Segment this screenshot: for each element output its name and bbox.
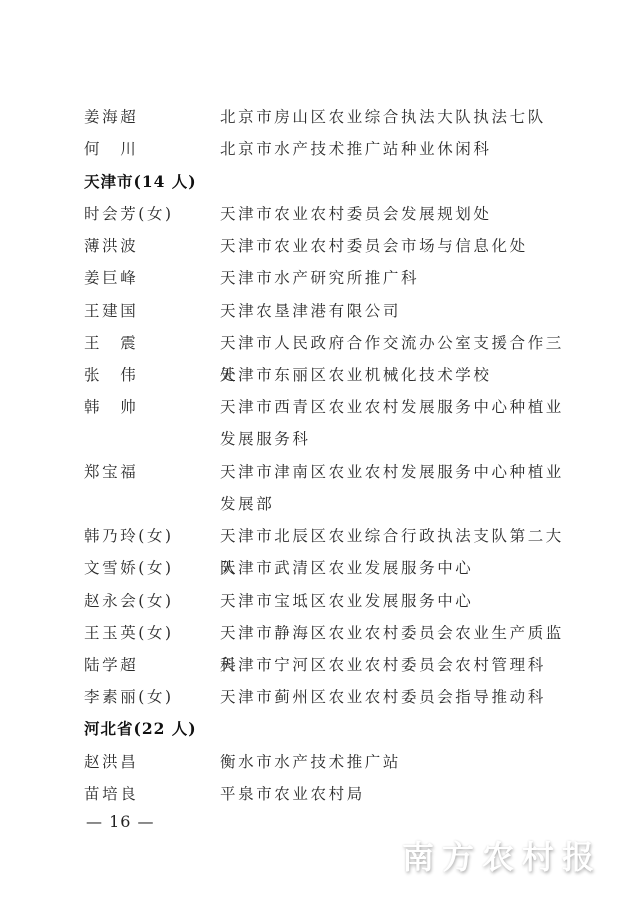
- page-number: — 16 —: [86, 812, 155, 831]
- person-name: 王玉英(女): [84, 617, 174, 649]
- department: 天津市西青区农业农村发展服务中心种植业发展服务科: [220, 391, 565, 456]
- person-name: 文雪娇(女): [84, 552, 174, 584]
- document-page: 姜海超 北京市房山区农业综合执法大队执法七队 何 川 北京市水产技术推广站种业休…: [0, 0, 640, 905]
- department: 平泉市农业农村局: [220, 778, 565, 810]
- person-name: 赵永会(女): [84, 585, 174, 617]
- department: 天津市蓟州区农业农村委员会指导推动科: [220, 681, 565, 713]
- person-name: 李素丽(女): [84, 681, 174, 713]
- watermark-logo: 南方农村报: [402, 832, 602, 878]
- department: 衡水市水产技术推广站: [220, 746, 565, 778]
- department: 天津市农业农村委员会发展规划处: [220, 198, 565, 230]
- department: 天津市武清区农业发展服务中心: [220, 552, 565, 584]
- person-name: 郑宝福: [84, 456, 138, 488]
- person-name: 韩乃玲(女): [84, 520, 174, 552]
- person-name: 时会芳(女): [84, 198, 174, 230]
- person-name: 王 震: [84, 327, 138, 359]
- department: 天津市津南区农业农村发展服务中心种植业发展部: [220, 456, 565, 521]
- person-name: 韩 帅: [84, 391, 138, 423]
- person-name: 苗培良: [84, 778, 138, 810]
- department: 天津市东丽区农业机械化技术学校: [220, 359, 565, 391]
- department: 天津市宁河区农业农村委员会农村管理科: [220, 649, 565, 681]
- department: 天津农垦津港有限公司: [220, 295, 565, 327]
- department: 天津市农业农村委员会市场与信息化处: [220, 230, 565, 262]
- section-heading-tianjin: 天津市(14 人): [84, 166, 197, 198]
- person-name: 姜海超: [84, 101, 138, 133]
- person-name: 赵洪昌: [84, 746, 138, 778]
- person-name: 张 伟: [84, 359, 138, 391]
- person-name: 王建国: [84, 295, 138, 327]
- person-name: 姜巨峰: [84, 262, 138, 294]
- person-name: 薄洪波: [84, 230, 138, 262]
- person-name: 陆学超: [84, 649, 138, 681]
- department: 天津市水产研究所推广科: [220, 262, 565, 294]
- person-name: 何 川: [84, 133, 138, 165]
- department: 北京市水产技术推广站种业休闲科: [220, 133, 565, 165]
- department: 北京市房山区农业综合执法大队执法七队: [220, 101, 565, 133]
- department: 天津市宝坻区农业发展服务中心: [220, 585, 565, 617]
- section-heading-hebei: 河北省(22 人): [84, 713, 197, 745]
